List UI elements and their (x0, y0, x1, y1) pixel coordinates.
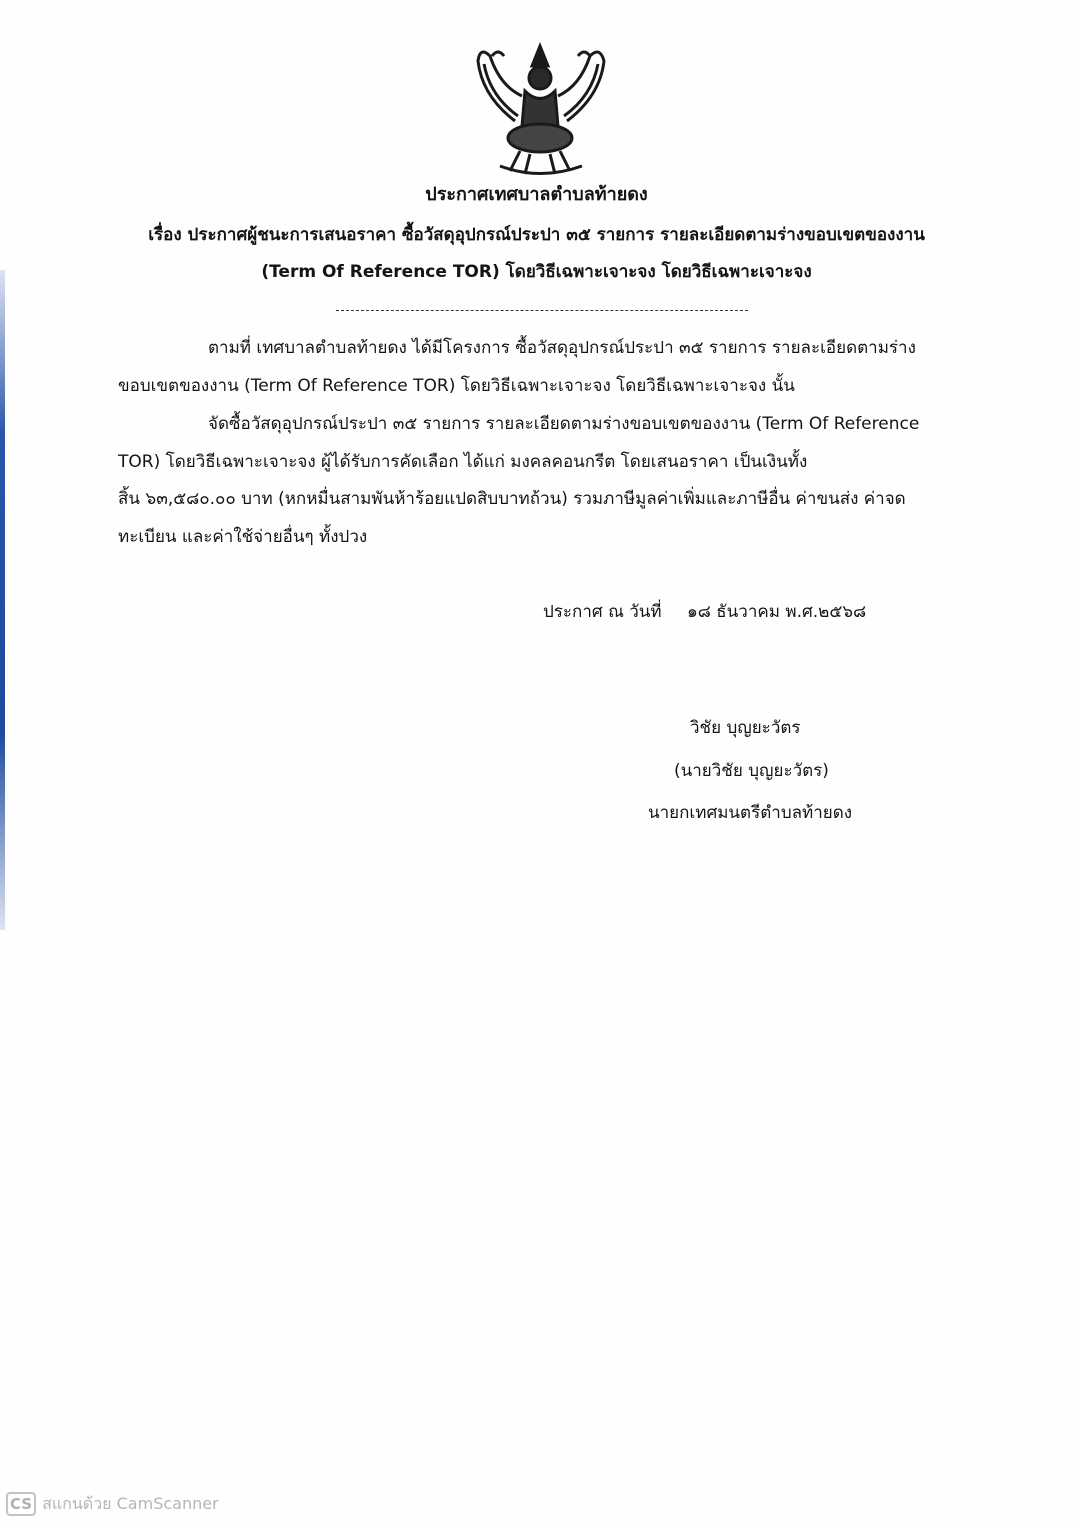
body-line: TOR) โดยวิธีเฉพาะเจาะจง ผู้ได้รับการคัดเ… (118, 451, 807, 473)
body-line: ขอบเขตของงาน (Term Of Reference TOR) โดย… (118, 375, 795, 397)
watermark-text: สแกนด้วย CamScanner (42, 1492, 219, 1517)
signer-name: (นายวิชัย บุญยะวัตร) (674, 760, 829, 782)
signer-title: นายกเทศมนตรีตำบลท้ายดง (648, 802, 852, 824)
divider (336, 310, 748, 311)
camscanner-watermark: CS สแกนด้วย CamScanner (6, 1491, 219, 1517)
body-line: ตามที่ เทศบาลตำบลท้ายดง ได้มีโครงการ ซื้… (208, 337, 916, 359)
signature: วิชัย บุญยะวัตร (690, 717, 801, 739)
camscanner-logo-icon: CS (6, 1492, 36, 1516)
issuer-heading: ประกาศเทศบาลตำบลท้ายดง (0, 184, 1073, 206)
subject-line-1: เรื่อง ประกาศผู้ชนะการเสนอราคา ซื้อวัสดุ… (0, 224, 1073, 246)
body-line: สิ้น ๖๓,๕๘๐.๐๐ บาท (หกหมื่นสามพันห้าร้อย… (118, 488, 906, 510)
subject-line-2: (Term Of Reference TOR) โดยวิธีเฉพาะเจาะ… (0, 261, 1073, 283)
body-line: ทะเบียน และค่าใช้จ่ายอื่นๆ ทั้งปวง (118, 526, 367, 548)
garuda-emblem-icon (470, 36, 612, 182)
scan-edge (0, 270, 5, 930)
body-line: จัดซื้อวัสดุอุปกรณ์ประปา ๓๕ รายการ รายละ… (208, 413, 919, 435)
announce-date: ๑๘ ธันวาคม พ.ศ.๒๕๖๘ (687, 601, 866, 623)
announce-label: ประกาศ ณ วันที่ (543, 601, 662, 623)
